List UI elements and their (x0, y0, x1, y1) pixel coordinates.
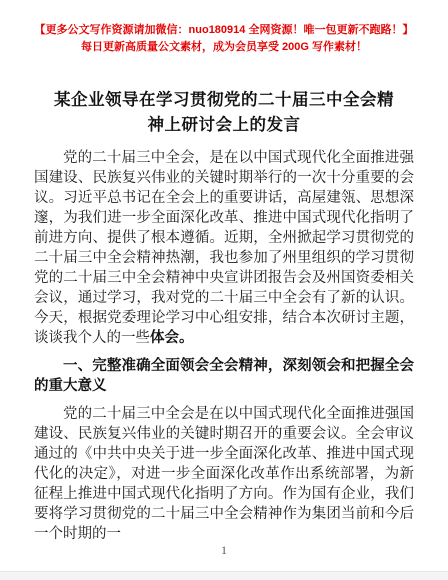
paragraph-intro: 党的二十届三中全会，是在以中国式现代化全面推进强国建设、民族复兴伟业的关键时期举… (34, 148, 414, 348)
header-ad-line-2: 每日更新高质量公文素材，成为会员享受 200G 写作素材！ (0, 39, 448, 56)
document-title: 某企业领导在学习贯彻党的二十届三中全会精神上研讨会上的发言 (52, 88, 396, 138)
paragraph-intro-bold-tail: 体会。 (150, 330, 194, 346)
paragraph-intro-text: 党的二十届三中全会，是在以中国式现代化全面推进强国建设、民族复兴伟业的关键时期举… (34, 150, 414, 346)
section-heading: 一、完整准确全面领会全会精神，深刻领会和把握全会的重大意义 (34, 356, 414, 396)
document-body: 党的二十届三中全会，是在以中国式现代化全面推进强国建设、民族复兴伟业的关键时期举… (34, 148, 414, 544)
document-page: 【更多公文写作资源请加微信：nuo180914 全网资源！唯一包更新不跑路！】 … (0, 0, 448, 580)
page-edge-strip (0, 571, 448, 580)
paragraph-body: 党的二十届三中全会是在以中国式现代化全面推进强国建设、民族复兴伟业的关键时期召开… (34, 404, 414, 544)
page-number: 1 (0, 543, 448, 558)
header-ad-line-1: 【更多公文写作资源请加微信：nuo180914 全网资源！唯一包更新不跑路！】 (0, 22, 448, 39)
header-ad: 【更多公文写作资源请加微信：nuo180914 全网资源！唯一包更新不跑路！】 … (0, 0, 448, 56)
